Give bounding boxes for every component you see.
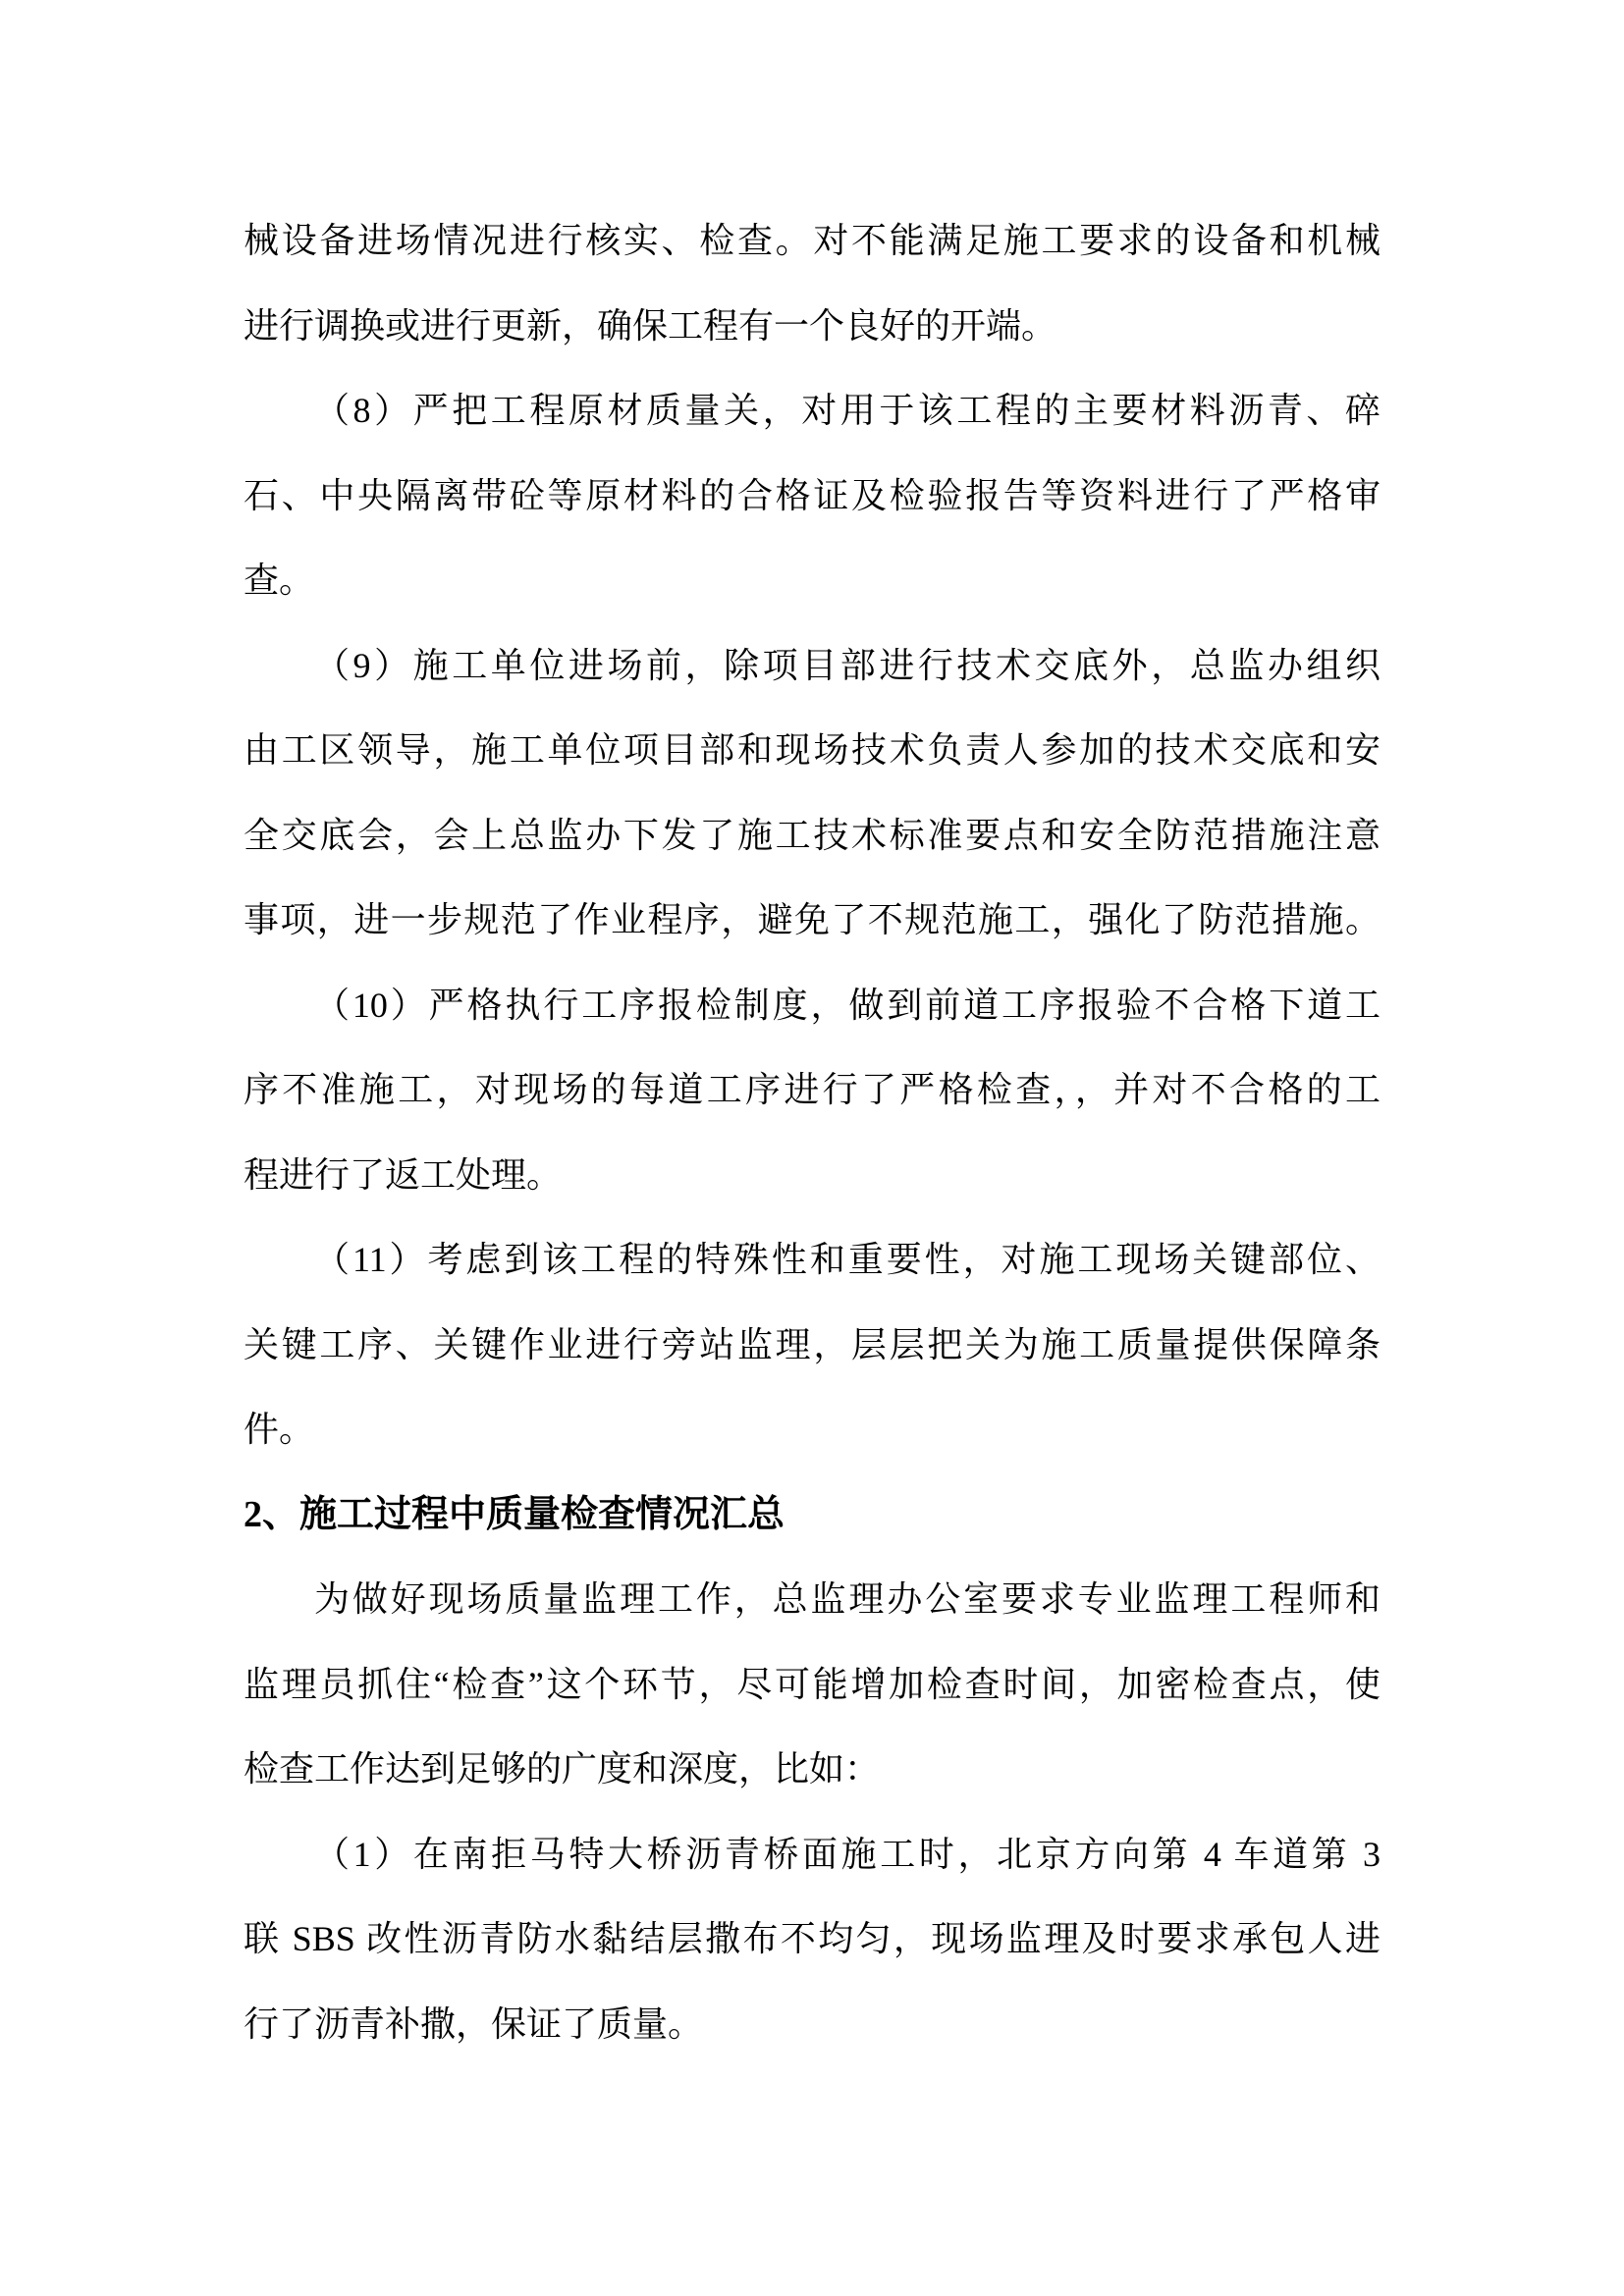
document-page: 械设备进场情况进行核实、检查。对不能满足施工要求的设备和机械进行调换或进行更新，…: [0, 0, 1624, 2296]
text-line: （1）在南拒马特大桥沥青桥面施工时，北京方向第 4 车道第 3: [244, 1812, 1380, 1897]
text-line: 由工区领导，施工单位项目部和现场技术负责人参加的技术交底和安: [244, 708, 1380, 793]
text-line: 查。: [244, 538, 1380, 623]
section-heading-2: 2、施工过程中质量检查情况汇总: [244, 1472, 1380, 1558]
paragraph-8: （8）严把工程原材质量关，对用于该工程的主要材料沥青、碎石、中央隔离带砼等原材料…: [244, 368, 1380, 623]
text-line: 程进行了返工处理。: [244, 1133, 1380, 1218]
text-line: 件。: [244, 1387, 1380, 1472]
text-line: 行了沥青补撒，保证了质量。: [244, 1982, 1380, 2067]
text-line: 全交底会，会上总监办下发了施工技术标准要点和安全防范措施注意: [244, 793, 1380, 879]
paragraph-10: （10）严格执行工序报检制度，做到前道工序报验不合格下道工序不准施工，对现场的每…: [244, 963, 1380, 1218]
text-line: （8）严把工程原材质量关，对用于该工程的主要材料沥青、碎: [244, 368, 1380, 454]
text-line: 进行调换或进行更新，确保工程有一个良好的开端。: [244, 284, 1380, 369]
text-line: （10）严格执行工序报检制度，做到前道工序报验不合格下道工: [244, 963, 1380, 1048]
text-line: 械设备进场情况进行核实、检查。对不能满足施工要求的设备和机械: [244, 198, 1380, 284]
text-line: 为做好现场质量监理工作，总监理办公室要求专业监理工程师和: [244, 1557, 1380, 1642]
paragraph-intro: 为做好现场质量监理工作，总监理办公室要求专业监理工程师和监理员抓住“检查”这个环…: [244, 1557, 1380, 1812]
text-line: 序不准施工，对现场的每道工序进行了严格检查，，并对不合格的工: [244, 1047, 1380, 1133]
paragraph-example-1: （1）在南拒马特大桥沥青桥面施工时，北京方向第 4 车道第 3联 SBS 改性沥…: [244, 1812, 1380, 2067]
text-line: 石、中央隔离带砼等原材料的合格证及检验报告等资料进行了严格审: [244, 454, 1380, 539]
text-line: 事项，进一步规范了作业程序，避免了不规范施工，强化了防范措施。: [244, 878, 1380, 963]
paragraph-11: （11）考虑到该工程的特殊性和重要性，对施工现场关键部位、关键工序、关键作业进行…: [244, 1217, 1380, 1472]
text-line: 监理员抓住“检查”这个环节，尽可能增加检查时间，加密检查点，使: [244, 1642, 1380, 1728]
paragraph-continued: 械设备进场情况进行核实、检查。对不能满足施工要求的设备和机械进行调换或进行更新，…: [244, 198, 1380, 368]
document-content: 械设备进场情况进行核实、检查。对不能满足施工要求的设备和机械进行调换或进行更新，…: [244, 198, 1380, 2066]
text-line: （11）考虑到该工程的特殊性和重要性，对施工现场关键部位、: [244, 1217, 1380, 1303]
text-line: 检查工作达到足够的广度和深度，比如：: [244, 1727, 1380, 1812]
paragraph-9: （9）施工单位进场前，除项目部进行技术交底外，总监办组织由工区领导，施工单位项目…: [244, 623, 1380, 963]
text-line: 联 SBS 改性沥青防水黏结层撒布不均匀，现场监理及时要求承包人进: [244, 1896, 1380, 1982]
section-heading: 2、施工过程中质量检查情况汇总: [244, 1472, 1380, 1558]
text-line: 关键工序、关键作业进行旁站监理，层层把关为施工质量提供保障条: [244, 1303, 1380, 1388]
text-line: （9）施工单位进场前，除项目部进行技术交底外，总监办组织: [244, 623, 1380, 709]
